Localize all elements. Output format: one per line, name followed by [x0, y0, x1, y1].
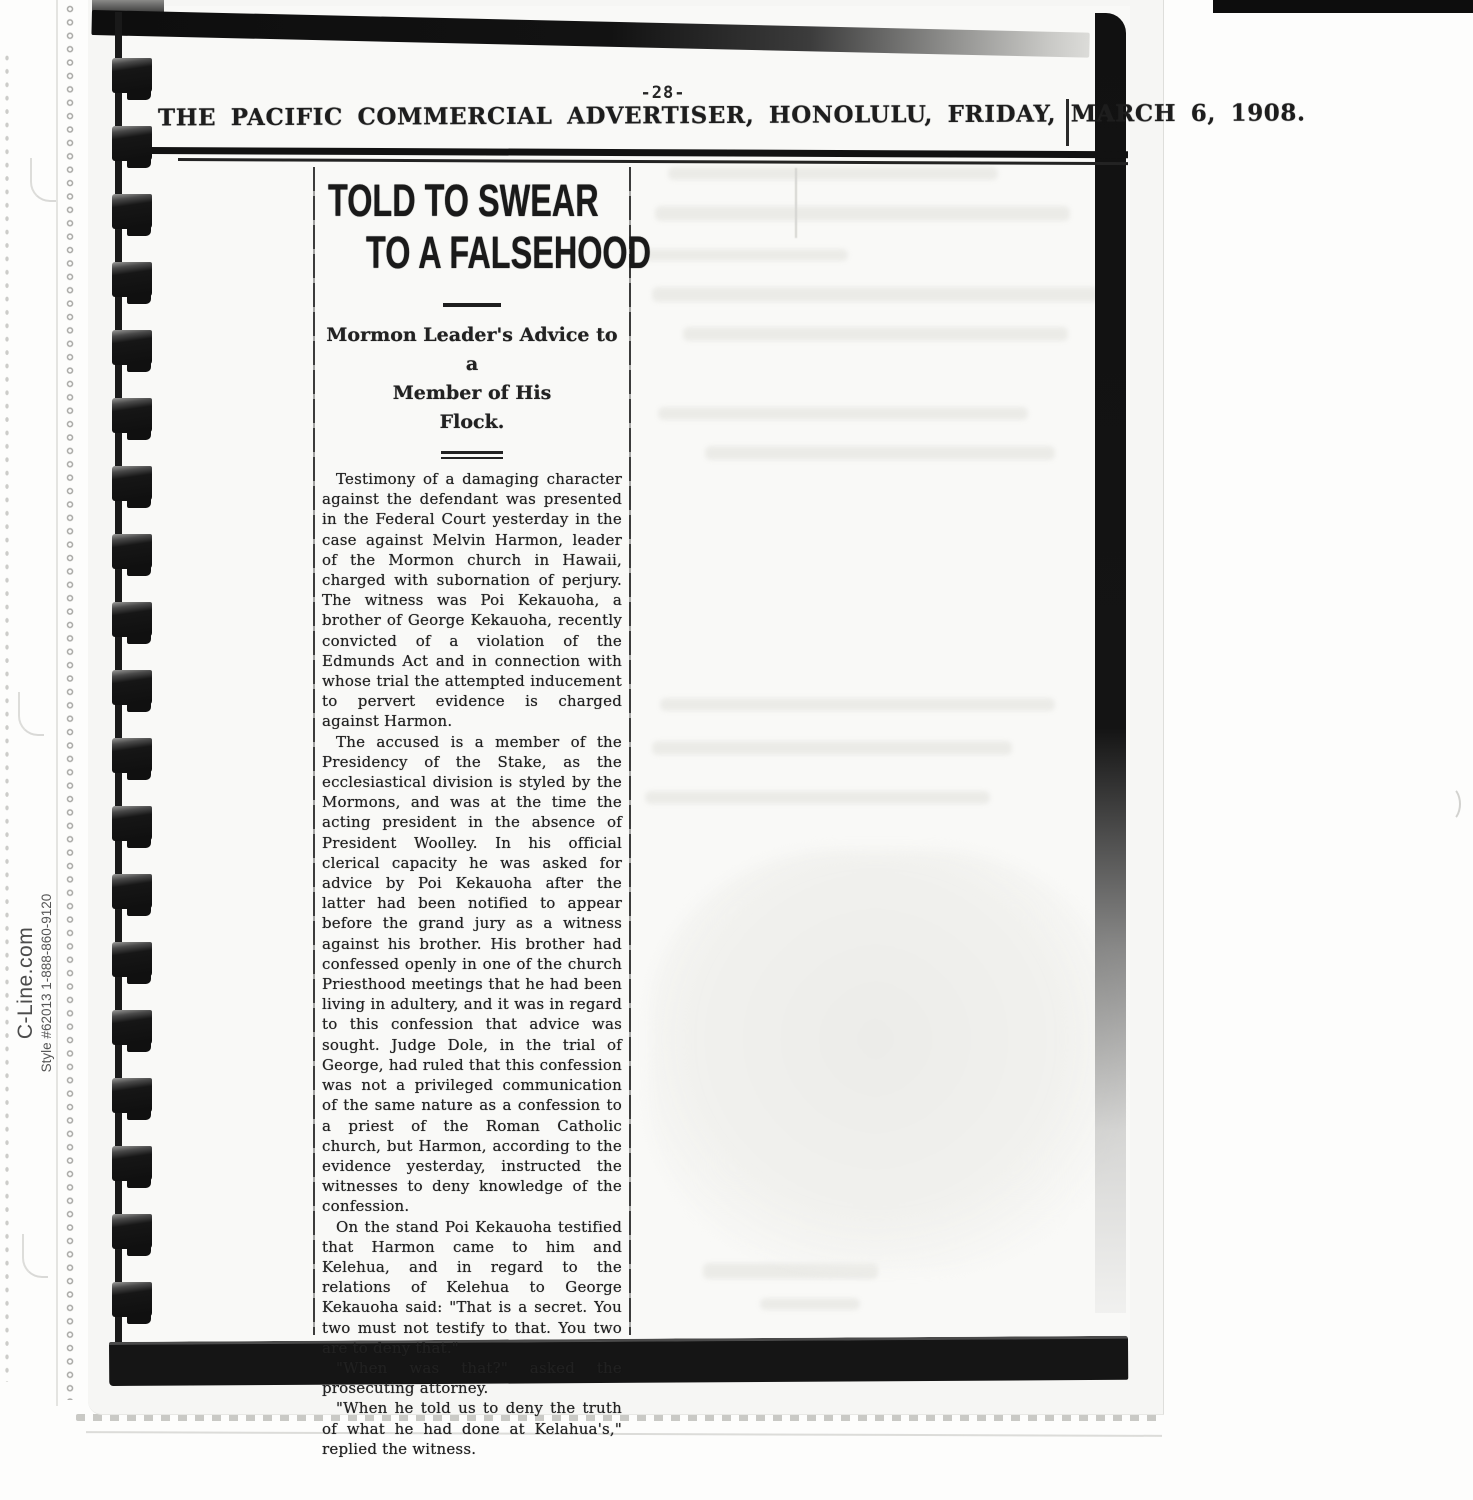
binding-tooth: [112, 1010, 152, 1045]
article-paragraph: Testimony of a damaging character agains…: [322, 469, 622, 732]
ghost-text-line: [660, 698, 1055, 711]
ghost-image-smudge: [650, 850, 1120, 1270]
binding-comb: [88, 0, 158, 1360]
binding-tooth: [112, 398, 152, 433]
article-paragraph: The accused is a member of the Presidenc…: [322, 732, 622, 1217]
sleeve-notch: [30, 158, 56, 202]
subhead-line: Flock.: [322, 408, 622, 437]
binding-tooth: [112, 806, 152, 841]
binding-tooth: [112, 1078, 152, 1113]
scan-corner-strip: [1213, 0, 1473, 13]
sleeve-stitch-marks-outer: [1, 52, 14, 1382]
binding-tooth: [112, 874, 152, 909]
binding-tooth: [112, 942, 152, 977]
ghost-text-line: [705, 446, 1055, 460]
article-body: Testimony of a damaging character agains…: [322, 469, 622, 1459]
binding-tooth: [112, 738, 152, 773]
binding-tooth: [112, 262, 152, 297]
binding-tooth: [112, 330, 152, 365]
masthead-end-tick: [1066, 99, 1069, 146]
divider-double-rule: [441, 451, 503, 459]
binding-tooth: [112, 1282, 152, 1317]
ghost-text-line: [643, 249, 848, 261]
ghost-column-rule: [795, 168, 797, 238]
background-scratch-mark: [1437, 786, 1461, 822]
sleeve-branding: C-Line.com Style #62013 1-888-860-9120: [14, 858, 64, 1108]
headline-line-1: TOLD TO SWEAR: [328, 175, 622, 227]
ghost-text-line: [683, 327, 1068, 341]
ghost-text-line: [645, 791, 990, 804]
binding-tooth: [112, 534, 152, 569]
binding-tooth: [112, 670, 152, 705]
binding-tooth: [112, 194, 152, 229]
ghost-text-line: [652, 741, 1012, 755]
column-rule-left: [313, 167, 315, 1335]
binding-tooth: [112, 58, 152, 93]
article-paragraph: "When was that?" asked the prosecuting a…: [322, 1358, 622, 1398]
ghost-text-line: [658, 407, 1028, 420]
divider-rule: [443, 303, 501, 307]
sleeve-edge-line: [56, 0, 58, 1406]
article-paragraph: "When he told us to deny the truth of wh…: [322, 1398, 622, 1459]
photocopy-sheet: -28- THE PACIFIC COMMERCIAL ADVERTISER, …: [88, 0, 1164, 1415]
sleeve-stitch-marks-inner: [62, 2, 79, 1400]
headline-line-2: TO A FALSEHOOD: [366, 227, 622, 279]
page-number: -28-: [598, 83, 728, 103]
binding-tooth: [112, 466, 152, 501]
binding-tooth: [112, 126, 152, 161]
sleeve-brand-text: C-Line.com: [14, 858, 38, 1108]
ghost-text-line: [652, 287, 1100, 302]
sleeve-style-text: Style #62013 1-888-860-9120: [38, 858, 56, 1108]
binding-tooth: [112, 1146, 152, 1181]
column-rule-right: [629, 167, 631, 1335]
masthead: THE PACIFIC COMMERCIAL ADVERTISER, HONOL…: [158, 99, 1306, 131]
sleeve-bottom-edge: [86, 1431, 1162, 1437]
sleeve-notch: [18, 692, 44, 736]
ghost-text-line: [655, 206, 1070, 221]
ghost-text-line: [760, 1298, 860, 1310]
article-column: TOLD TO SWEAR TO A FALSEHOOD Mormon Lead…: [313, 167, 631, 1335]
subhead-line: Member of His: [322, 379, 622, 408]
scan-edge-right-bar: [1095, 13, 1126, 1313]
subhead-line: Mormon Leader's Advice to a: [322, 321, 622, 379]
article-paragraph: On the stand Poi Kekauoha testified that…: [322, 1217, 622, 1358]
sleeve-notch: [22, 1234, 48, 1278]
ghost-text-line: [668, 167, 998, 180]
binding-tooth: [112, 1214, 152, 1249]
binding-tooth: [112, 602, 152, 637]
